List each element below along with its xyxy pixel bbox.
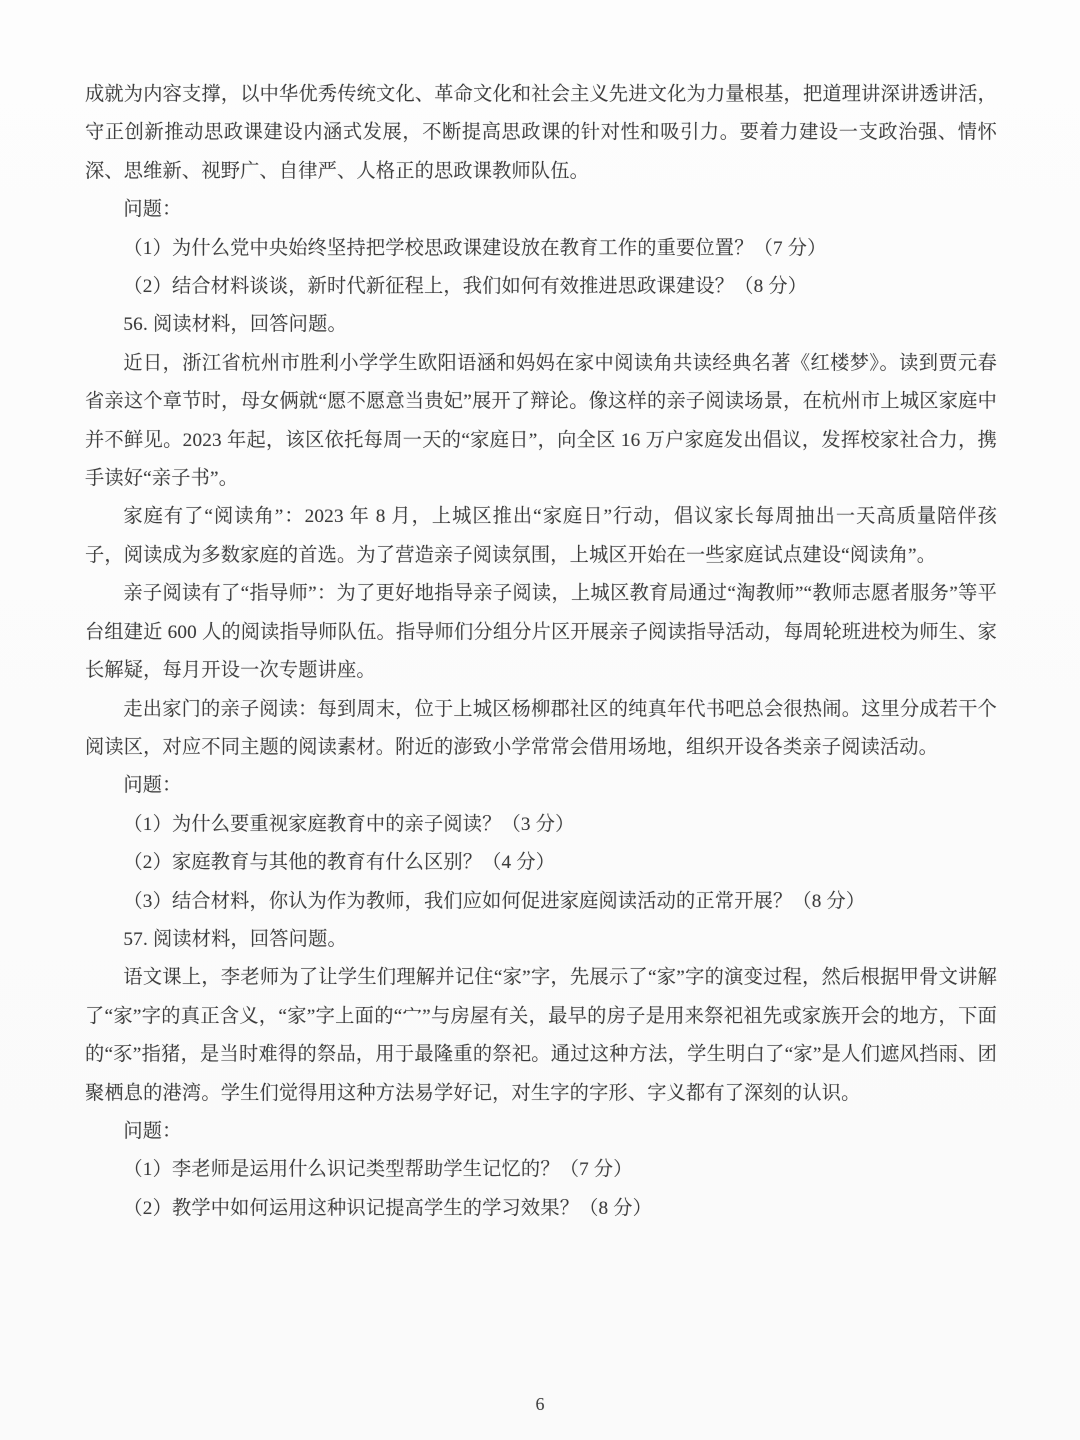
q56-material-para-1: 近日，浙江省杭州市胜利小学学生欧阳语涵和妈妈在家中阅读角共读经典名著《红楼梦》。… (85, 345, 997, 499)
q56-material-para-4: 走出家门的亲子阅读：每到周末，位于上城区杨柳郡社区的纯真年代书吧总会很热闹。这里… (85, 691, 997, 768)
q56-material-para-3: 亲子阅读有了“指导师”：为了更好地指导亲子阅读，上城区教育局通过“淘教师”“教师… (85, 575, 997, 690)
q57-material-para-1: 语文课上，李老师为了让学生们理解并记住“家”字，先展示了“家”字的演变过程，然后… (85, 959, 997, 1113)
scanned-exam-page: 成就为内容支撑，以中华优秀传统文化、革命文化和社会主义先进文化为力量根基，把道理… (0, 0, 1080, 1440)
page-number: 6 (0, 1392, 1080, 1416)
exam-text-block: 成就为内容支撑，以中华优秀传统文化、革命文化和社会主义先进文化为力量根基，把道理… (85, 76, 997, 1228)
q56-question-1: （1）为什么要重视家庭教育中的亲子阅读？（3 分） (85, 806, 997, 844)
q56-questions-label: 问题： (85, 767, 997, 805)
q56-question-3: （3）结合材料，你认为作为教师，我们应如何促进家庭阅读活动的正常开展？（8 分） (85, 883, 997, 921)
q55-questions-label: 问题： (85, 191, 997, 229)
q55-question-1: （1）为什么党中央始终坚持把学校思政课建设放在教育工作的重要位置？（7 分） (85, 230, 997, 268)
q55-question-2: （2）结合材料谈谈，新时代新征程上，我们如何有效推进思政课建设？（8 分） (85, 268, 997, 306)
q55-material-continuation: 成就为内容支撑，以中华优秀传统文化、革命文化和社会主义先进文化为力量根基，把道理… (85, 76, 997, 191)
q56-material-para-2: 家庭有了“阅读角”：2023 年 8 月，上城区推出“家庭日”行动，倡议家长每周… (85, 498, 997, 575)
q56-question-2: （2）家庭教育与其他的教育有什么区别？（4 分） (85, 844, 997, 882)
q56-heading: 56. 阅读材料，回答问题。 (85, 306, 997, 344)
q57-questions-label: 问题： (85, 1113, 997, 1151)
q57-question-1: （1）李老师是运用什么识记类型帮助学生记忆的？（7 分） (85, 1151, 997, 1189)
q57-heading: 57. 阅读材料，回答问题。 (85, 921, 997, 959)
q57-question-2: （2）教学中如何运用这种识记提高学生的学习效果？（8 分） (85, 1190, 997, 1228)
